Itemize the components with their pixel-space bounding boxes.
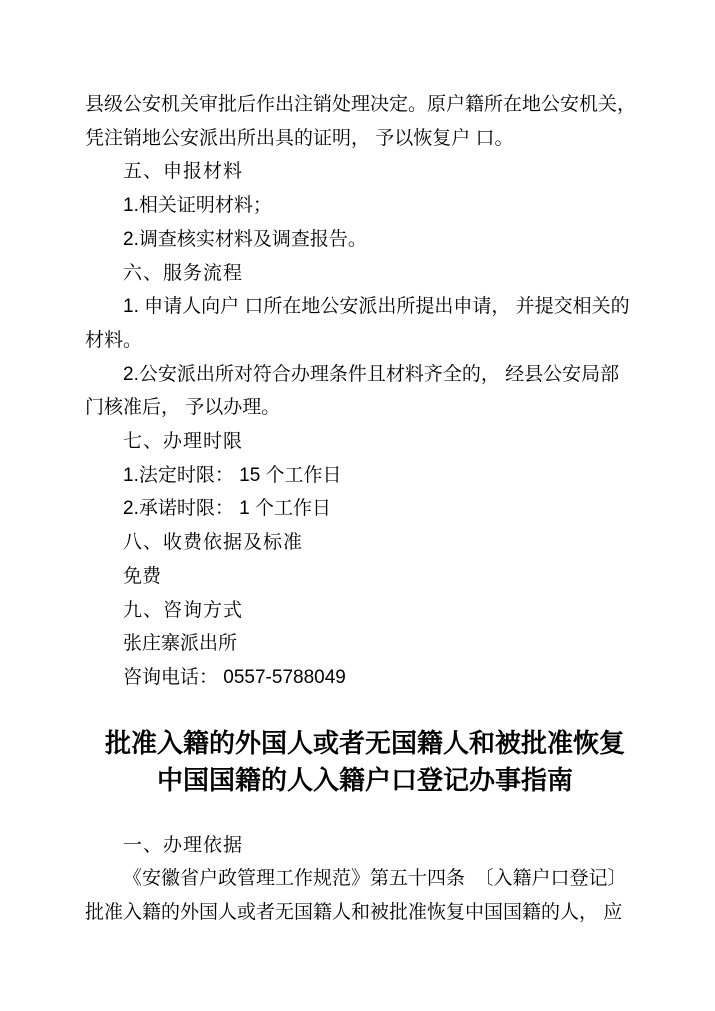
- section-heading-time-limit: 七、办理时限: [85, 425, 645, 459]
- section-heading-contact: 九、咨询方式: [85, 594, 645, 628]
- body-line: 《安徽省户政管理工作规范》第五十四条 〔入籍户口登记〕: [85, 862, 645, 896]
- section-heading-basis: 一、办理依据: [85, 829, 645, 863]
- list-item: 1.相关证明材料；: [85, 189, 645, 223]
- guide-title: 批准入籍的外国人或者无国籍人和被批准恢复 中国国籍的人入籍户口登记办事指南: [85, 725, 645, 799]
- body-line: 门核准后， 予以办理。: [85, 391, 645, 425]
- body-line: 县级公安机关审批后作出注销处理决定。原户籍所在地公安机关，: [85, 88, 645, 122]
- body-line: 凭注销地公安派出所出具的证明， 予以恢复户 口。: [85, 122, 645, 156]
- guide-title-line-2: 中国国籍的人入籍户口登记办事指南: [85, 762, 645, 799]
- body-line: 批准入籍的外国人或者无国籍人和被批准恢复中国国籍的人， 应: [85, 896, 645, 930]
- document-content: 县级公安机关审批后作出注销处理决定。原户籍所在地公安机关， 凭注销地公安派出所出…: [85, 88, 645, 930]
- contact-phone: 咨询电话： 0557-5788049: [85, 661, 645, 695]
- body-line: 材料。: [85, 324, 645, 358]
- contact-office: 张庄寨派出所: [85, 627, 645, 661]
- fee-value: 免费: [85, 560, 645, 594]
- list-item-statutory-limit: 1.法定时限： 15 个工作日: [85, 459, 645, 493]
- list-item-promised-limit: 2.承诺时限： 1 个工作日: [85, 492, 645, 526]
- section-heading-fees: 八、收费依据及标准: [85, 526, 645, 560]
- document-page: 县级公安机关审批后作出注销处理决定。原户籍所在地公安机关， 凭注销地公安派出所出…: [0, 0, 715, 1011]
- guide-title-line-1: 批准入籍的外国人或者无国籍人和被批准恢复: [85, 725, 645, 762]
- section-heading-process: 六、服务流程: [85, 257, 645, 291]
- list-item: 1. 申请人向户 口所在地公安派出所提出申请， 并提交相关的: [85, 290, 645, 324]
- list-item: 2.调查核实材料及调查报告。: [85, 223, 645, 257]
- section-heading-materials: 五、申报材料: [85, 155, 645, 189]
- list-item: 2.公安派出所对符合办理条件且材料齐全的， 经县公安局部: [85, 358, 645, 392]
